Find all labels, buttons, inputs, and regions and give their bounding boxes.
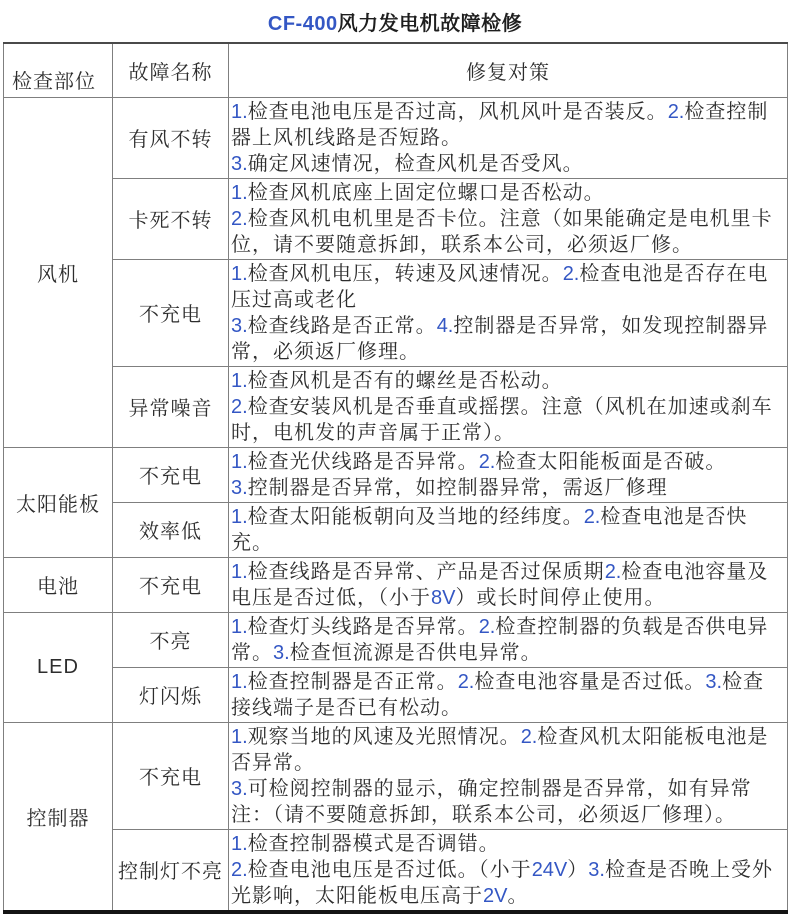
ascii-highlight: 24V (532, 859, 568, 881)
table-body: 风机有风不转1.检查电池电压是否过高，风机风叶是否装反。2.检查控制器上风机线路… (4, 97, 788, 912)
remedy-line: 3.控制器是否异常，如控制器异常，需返厂修理 (231, 475, 785, 501)
ascii-highlight: 1. (231, 616, 248, 638)
ascii-highlight: 3. (231, 153, 248, 175)
ascii-highlight: 4. (437, 315, 454, 337)
ascii-highlight: 2. (605, 561, 622, 583)
remedy-line: 3.确定风速情况，检查风机是否受风。 (231, 151, 785, 177)
remedy-line: 1.检查控制器模式是否调错。 (231, 831, 785, 857)
ascii-highlight: 1. (231, 101, 248, 123)
ascii-highlight: 3. (273, 642, 290, 664)
ascii-highlight: 1. (231, 451, 248, 473)
ascii-highlight: 2. (479, 451, 496, 473)
remedy-cell: 1.检查风机电压，转速及风速情况。2.检查电池是否存在电压过高或老化3.检查线路… (229, 259, 788, 366)
remedy-cell: 1.观察当地的风速及光照情况。2.检查风机太阳能板电池是否异常。3.可检阅控制器… (229, 722, 788, 829)
ascii-highlight: 8V (431, 587, 455, 609)
ascii-highlight: 2. (231, 396, 248, 418)
table-row: 不充电1.检查风机电压，转速及风速情况。2.检查电池是否存在电压过高或老化3.检… (4, 259, 788, 366)
remedy-cell: 1.检查电池电压是否过高，风机风叶是否装反。2.检查控制器上风机线路是否短路。3… (229, 97, 788, 178)
ascii-highlight: 3. (231, 315, 248, 337)
remedy-line: 1.检查风机是否有的螺丝是否松动。 (231, 368, 785, 394)
remedy-cell: 1.检查风机是否有的螺丝是否松动。2.检查安装风机是否垂直或摇摆。注意（风机在加… (229, 366, 788, 447)
inspection-part-cell: 控制器 (4, 722, 113, 912)
remedy-line: 3.可检阅控制器的显示，确定控制器是否异常，如有异常注：（请不要随意拆卸，联系本… (231, 776, 785, 828)
ascii-highlight: 1. (231, 506, 248, 528)
table-row: 太阳能板不充电1.检查光伏线路是否异常。2.检查太阳能板面是否破。3.控制器是否… (4, 447, 788, 502)
ascii-highlight: 1. (231, 370, 248, 392)
table-row: 异常噪音1.检查风机是否有的螺丝是否松动。2.检查安装风机是否垂直或摇摆。注意（… (4, 366, 788, 447)
fault-name-cell: 不充电 (113, 722, 229, 829)
ascii-highlight: 2. (584, 506, 601, 528)
ascii-highlight: 1. (231, 833, 248, 855)
table-row: 电池不充电1.检查线路是否异常、产品是否过保质期2.检查电池容量及电压是否过低，… (4, 557, 788, 612)
title-text: 风力发电机故障检修 (338, 13, 523, 35)
header-row: 检查部位 故障名称 修复对策 (4, 43, 788, 97)
ascii-highlight: 2. (458, 671, 475, 693)
remedy-line: 2.检查风机电机里是否卡位。注意（如果能确定是电机里卡位，请不要随意拆卸，联系本… (231, 206, 785, 258)
page-title: CF-400风力发电机故障检修 (0, 0, 790, 42)
ascii-highlight: 3. (588, 859, 605, 881)
fault-name-cell: 效率低 (113, 502, 229, 557)
header-fault-name: 故障名称 (113, 43, 229, 97)
ascii-highlight: 2. (231, 859, 248, 881)
remedy-line: 1.检查线路是否异常、产品是否过保质期2.检查电池容量及电压是否过低，（小于8V… (231, 559, 785, 611)
inspection-part-cell: 电池 (4, 557, 113, 612)
remedy-line: 1.检查灯头线路是否异常。2.检查控制器的负载是否供电异常。3.检查恒流源是否供… (231, 614, 785, 666)
inspection-part-cell: LED (4, 612, 113, 722)
fault-name-cell: 不充电 (113, 557, 229, 612)
fault-name-cell: 灯闪烁 (113, 667, 229, 722)
remedy-line: 1.检查太阳能板朝向及当地的经纬度。2.检查电池是否快充。 (231, 504, 785, 556)
remedy-line: 1.观察当地的风速及光照情况。2.检查风机太阳能板电池是否异常。 (231, 724, 785, 776)
remedy-cell: 1.检查光伏线路是否异常。2.检查太阳能板面是否破。3.控制器是否异常，如控制器… (229, 447, 788, 502)
remedy-line: 2.检查安装风机是否垂直或摇摆。注意（风机在加速或刹车时，电机发的声音属于正常）… (231, 394, 785, 446)
header-inspection-part: 检查部位 (4, 43, 113, 97)
fault-name-cell: 不亮 (113, 612, 229, 667)
remedy-cell: 1.检查太阳能板朝向及当地的经纬度。2.检查电池是否快充。 (229, 502, 788, 557)
remedy-line: 3.检查线路是否正常。4.控制器是否异常，如发现控制器异常，必须返厂修理。 (231, 313, 785, 365)
remedy-line: 1.检查电池电压是否过高，风机风叶是否装反。2.检查控制器上风机线路是否短路。 (231, 99, 785, 151)
remedy-cell: 1.检查风机底座上固定位螺口是否松动。2.检查风机电机里是否卡位。注意（如果能确… (229, 178, 788, 259)
fault-name-cell: 控制灯不亮 (113, 829, 229, 912)
ascii-highlight: 2. (668, 101, 685, 123)
table-header: 检查部位 故障名称 修复对策 (4, 43, 788, 97)
ascii-highlight: 1. (231, 182, 248, 204)
header-repair-countermeasure: 修复对策 (229, 43, 788, 97)
remedy-cell: 1.检查控制器模式是否调错。2.检查电池电压是否过低。（小于24V）3.检查是否… (229, 829, 788, 912)
title-model-code: CF-400 (268, 13, 338, 35)
fault-name-cell: 卡死不转 (113, 178, 229, 259)
remedy-line: 1.检查控制器是否正常。2.检查电池容量是否过低。3.检查接线端子是否已有松动。 (231, 669, 785, 721)
ascii-highlight: 1. (231, 561, 248, 583)
remedy-cell: 1.检查灯头线路是否异常。2.检查控制器的负载是否供电异常。3.检查恒流源是否供… (229, 612, 788, 667)
fault-repair-table: 检查部位 故障名称 修复对策 风机有风不转1.检查电池电压是否过高，风机风叶是否… (3, 42, 788, 914)
table-row: 控制器不充电1.观察当地的风速及光照情况。2.检查风机太阳能板电池是否异常。3.… (4, 722, 788, 829)
table-row: 灯闪烁1.检查控制器是否正常。2.检查电池容量是否过低。3.检查接线端子是否已有… (4, 667, 788, 722)
ascii-highlight: 1. (231, 726, 248, 748)
ascii-highlight: 2. (521, 726, 538, 748)
remedy-line: 2.检查电池电压是否过低。（小于24V）3.检查是否晚上受外光影响，太阳能板电压… (231, 857, 785, 909)
fault-name-cell: 异常噪音 (113, 366, 229, 447)
ascii-highlight: 2. (479, 616, 496, 638)
remedy-line: 1.检查风机底座上固定位螺口是否松动。 (231, 180, 785, 206)
fault-name-cell: 不充电 (113, 447, 229, 502)
fault-name-cell: 不充电 (113, 259, 229, 366)
table-row: 控制灯不亮1.检查控制器模式是否调错。2.检查电池电压是否过低。（小于24V）3… (4, 829, 788, 912)
remedy-line: 1.检查风机电压，转速及风速情况。2.检查电池是否存在电压过高或老化 (231, 261, 785, 313)
remedy-cell: 1.检查控制器是否正常。2.检查电池容量是否过低。3.检查接线端子是否已有松动。 (229, 667, 788, 722)
table-row: 效率低1.检查太阳能板朝向及当地的经纬度。2.检查电池是否快充。 (4, 502, 788, 557)
ascii-highlight: 2V (483, 885, 507, 907)
table-row: LED不亮1.检查灯头线路是否异常。2.检查控制器的负载是否供电异常。3.检查恒… (4, 612, 788, 667)
ascii-highlight: 2. (563, 263, 580, 285)
fault-name-cell: 有风不转 (113, 97, 229, 178)
table-row: 风机有风不转1.检查电池电压是否过高，风机风叶是否装反。2.检查控制器上风机线路… (4, 97, 788, 178)
remedy-line: 1.检查光伏线路是否异常。2.检查太阳能板面是否破。 (231, 449, 785, 475)
ascii-highlight: 1. (231, 263, 248, 285)
ascii-highlight: 3. (231, 477, 248, 499)
page: CF-400风力发电机故障检修 检查部位 故障名称 修复对策 风机有风不转1.检… (0, 0, 790, 914)
ascii-highlight: 3. (231, 778, 248, 800)
ascii-highlight: 3. (705, 671, 722, 693)
inspection-part-cell: 风机 (4, 97, 113, 447)
ascii-highlight: 2. (231, 208, 248, 230)
ascii-highlight: 1. (231, 671, 248, 693)
inspection-part-cell: 太阳能板 (4, 447, 113, 557)
table-row: 卡死不转1.检查风机底座上固定位螺口是否松动。2.检查风机电机里是否卡位。注意（… (4, 178, 788, 259)
remedy-cell: 1.检查线路是否异常、产品是否过保质期2.检查电池容量及电压是否过低，（小于8V… (229, 557, 788, 612)
